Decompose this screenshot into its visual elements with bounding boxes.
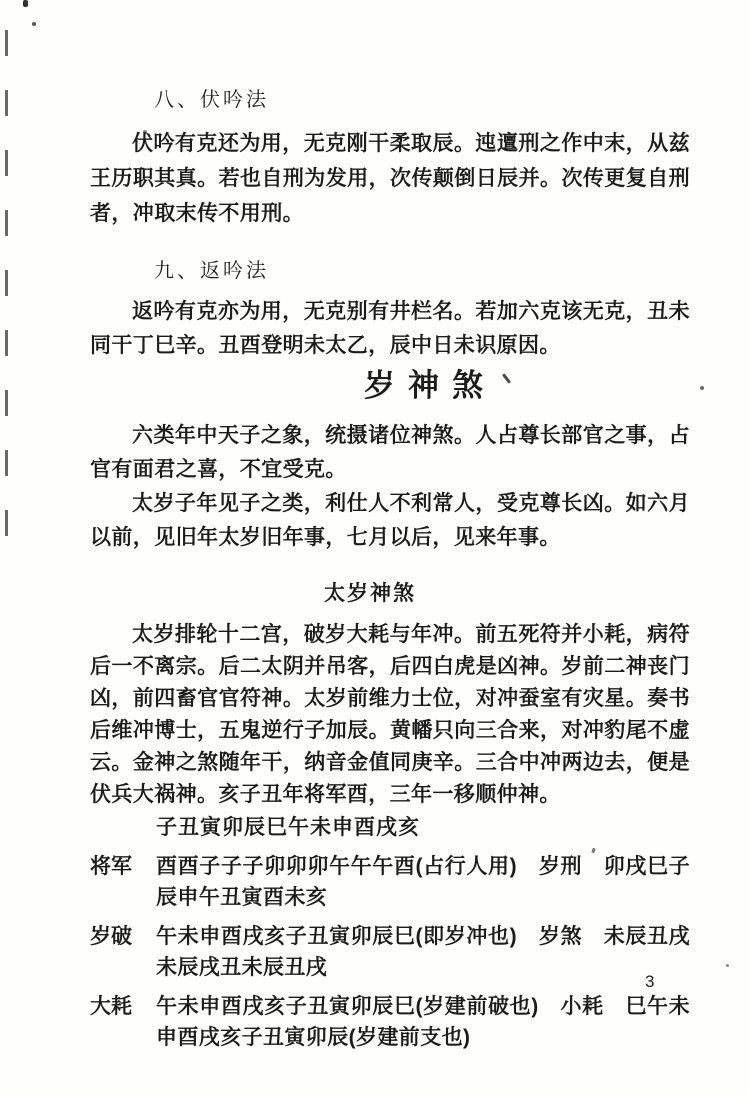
- scan-binding-dashes: [5, 30, 8, 552]
- deity-row-dahao: 大耗 午未申酉戌亥子丑寅卯辰巳(岁建前破也) 小耗 巳午未申酉戌亥子丑寅卯辰(岁…: [90, 991, 690, 1053]
- scan-artifact: [700, 386, 704, 390]
- section-heading-fuyin: 八、伏吟法: [154, 88, 690, 112]
- deity-row-suipo: 岁破 午未申酉戌亥子丑寅卯辰巳(即岁冲也) 岁煞 未辰丑戌未辰戌丑未辰丑戌: [90, 921, 690, 983]
- deity-row-content: 酉酉子子子卯卯卯午午午酉(占行人用) 岁刑 卯戌巳子辰申午丑寅酉未亥: [156, 851, 690, 913]
- deity-row-content: 午未申酉戌亥子丑寅卯辰巳(即岁冲也) 岁煞 未辰丑戌未辰戌丑未辰丑戌: [156, 921, 690, 983]
- paragraph-suishensha-1: 六类年中天子之象，统摄诸位神煞。人占尊长部官之事，占官有面君之喜，不宜受克。: [90, 419, 690, 487]
- paragraph-taisui-verse: 太岁排轮十二宫，破岁大耗与年冲。前五死符并小耗，病符后一不离宗。后二太阴并吊客，…: [90, 619, 690, 811]
- paragraph-fuyin: 伏吟有克还为用，无克刚干柔取辰。迍邅刑之作中末，从兹王历职其真。若也自刑为发用，…: [90, 126, 690, 231]
- deity-row-content: 午未申酉戌亥子丑寅卯辰巳(岁建前破也) 小耗 巳午未申酉戌亥子丑寅卯辰(岁建前支…: [156, 991, 690, 1053]
- scanned-book-page: 八、伏吟法 伏吟有克还为用，无克刚干柔取辰。迍邅刑之作中末，从兹王历职其真。若也…: [0, 0, 750, 1095]
- deity-row-label: 将军: [90, 851, 134, 882]
- deity-row-label: 大耗: [90, 991, 134, 1022]
- deity-row-label: 岁破: [90, 921, 134, 952]
- scan-artifact: [23, 0, 28, 7]
- page-content: 八、伏吟法 伏吟有克还为用，无克刚干柔取辰。迍邅刑之作中末，从兹王历职其真。若也…: [90, 88, 690, 1053]
- paragraph-suishensha-2: 太岁子年见子之类，利仕人不利常人，受克尊长凶。如六月以前，见旧年太岁旧年事，七月…: [90, 487, 690, 555]
- deity-row-jiangjun: 将军 酉酉子子子卯卯卯午午午酉(占行人用) 岁刑 卯戌巳子辰申午丑寅酉未亥: [90, 851, 690, 913]
- chapter-title-suishensha: 岁神煞: [90, 365, 690, 407]
- scan-artifact: [726, 964, 729, 967]
- paragraph-fanyin: 返吟有克亦为用，无克别有井栏名。若加六克该无克，丑未同干丁巳辛。丑酉登明未太乙，…: [90, 295, 690, 363]
- page-number: 3: [645, 972, 654, 992]
- scan-artifact: [32, 22, 36, 26]
- sub-heading-taisui-shensha: 太岁神煞: [90, 581, 690, 607]
- zodiac-branch-header: 子丑寅卯辰巳午未申酉戌亥: [156, 813, 690, 843]
- section-heading-fanyin: 九、返吟法: [154, 259, 690, 283]
